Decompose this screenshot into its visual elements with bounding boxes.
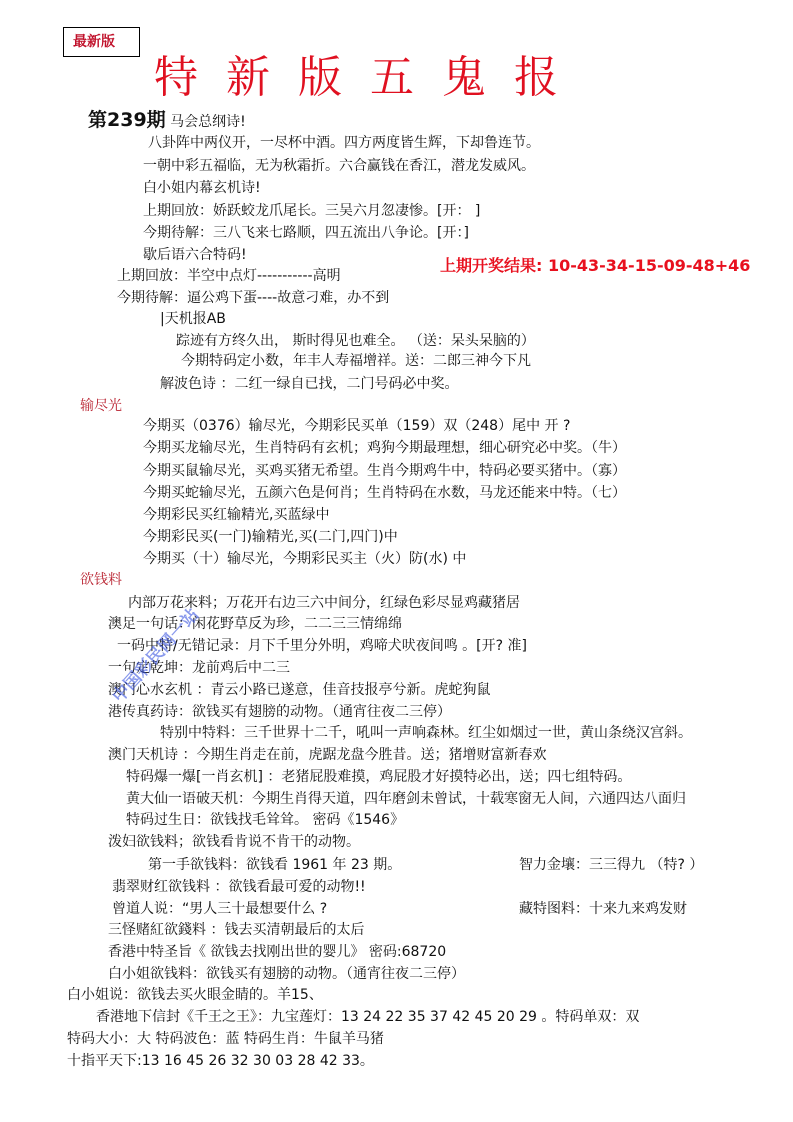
text-line: 澳门天机诗 ：今期生肖走在前，虎踞龙盘今胜昔。送；猪增财富新春欢 [108, 745, 546, 765]
text-line: 特别中特料：三千世界十二千，吼叫一声响森林。红尘如烟过一世，黄山条绕汉宫斜。 [160, 723, 692, 743]
issue-header: 第239期 马会总纲诗! [88, 110, 246, 132]
text-line: 翡翠财红欲钱料 ：欲钱看最可爱的动物!! [112, 877, 366, 897]
text-line: 香港地下信封《千王之王》：九宝莲灯：13 24 22 35 37 42 45 2… [96, 1007, 639, 1027]
section-heading: 输尽光 [80, 396, 122, 416]
text-line: 一码中特/无错记录：月下千里分外明，鸡啼犬吠夜间鸣 。[开? 准] [117, 636, 527, 656]
text-line: 港传真药诗：欲钱买有翅膀的动物。（通宵往夜二三停） [108, 702, 451, 722]
text-line: 今期特码定小数，年丰人寿福增祥。送：二郎三神今下凡 [181, 351, 531, 371]
text-line: 今期彩民买(一门)输精光,买(二门,四门)中 [143, 527, 398, 547]
page-title: 特新版五鬼报 [154, 50, 586, 106]
text-line: 踪迹有方终久出， 斯时得见也难全。 （送：呆头呆脑的） [176, 331, 535, 351]
text-line: 十指平天下:13 16 45 26 32 30 03 28 42 33。 [67, 1051, 374, 1071]
text-line: 上期回放：半空中点灯-----------高明 [117, 266, 341, 286]
text-line: 上期回放：娇跃蛟龙爪尾长。三吴六月忽凄惨。[开： ] [143, 201, 480, 221]
text-line: 今期买龙输尽光，生肖特码有玄机；鸡狗今期最理想，细心研究必中奖。（牛） [143, 438, 626, 458]
text-line: 特码过生日：欲钱找毛耸耸。 密码《1546》 [126, 810, 404, 830]
text-line: 智力金壤：三三得九 （特? ） [519, 855, 703, 875]
issue-subtitle: 马会总纲诗! [170, 114, 246, 130]
text-line: 今期买（十）输尽光，今期彩民买主（火）防(水) 中 [143, 549, 466, 569]
text-line: 曾道人说：“男人三十最想要什么 ? [112, 899, 327, 919]
text-line: 三怪赌紅欲錢料 ：钱去买清朝最后的太后 [108, 920, 364, 940]
text-line: 今期待解：三八飞来七路顺，四五流出八争论。[开：] [143, 223, 469, 243]
text-line: 内部万花来料；万花开右边三六中间分，红绿色彩尽显鸡藏猪居 [128, 593, 520, 613]
text-line: 第一手欲钱料：欲钱看 1961 年 23 期。 [148, 855, 401, 875]
text-line: 今期买（0376）输尽光，今期彩民买单（159）双（248）尾中 开 ? [143, 416, 570, 436]
text-line: 澳足一句话：闲花野草反为珍，二二三三情绵绵 [108, 614, 402, 634]
text-line: 香港中特圣旨《 欲钱去找刚出世的婴儿》 密码:68720 [108, 942, 446, 962]
text-line: 澳门心水玄机 ：青云小路已遂意，佳音技报亭兮新。虎蛇狗鼠 [108, 680, 490, 700]
text-line: 特码爆一爆[一肖玄机] ：老猪屁股难摸，鸡屁股才好摸特必出，送；四七组特码。 [126, 767, 631, 787]
edition-badge: 最新版 [63, 27, 140, 57]
text-line: 今期买蛇输尽光，五颜六色是何肖；生肖特码在水数，马龙还能来中特。（七） [143, 483, 626, 503]
text-line: 今期彩民买红输精光,买蓝绿中 [143, 505, 329, 525]
text-line: 藏特图料：十来九来鸡发财 [519, 899, 687, 919]
section-heading: 欲钱料 [80, 570, 122, 590]
issue-number: 第239期 [88, 109, 166, 131]
text-line: 八卦阵中两仪开，一尽杯中酒。四方两度皆生辉，下却鲁连节。 [148, 133, 540, 153]
text-line: 一句定乾坤：龙前鸡后中二三 [108, 658, 290, 678]
text-line: |天机报AB [160, 309, 226, 329]
text-line: 今期买鼠输尽光，买鸡买猪无希望。生肖今期鸡牛中，特码必要买猪中。（寡） [143, 461, 626, 481]
text-line: 白小姐说：欲钱去买火眼金睛的。羊15、 [67, 985, 323, 1005]
text-line: 白小姐欲钱料：欲钱买有翅膀的动物。（通宵往夜二三停） [108, 964, 465, 984]
text-line: 今期待解：逼公鸡下蛋----故意刁难，办不到 [117, 288, 389, 308]
text-line: 白小姐内幕玄机诗! [143, 178, 261, 198]
text-line: 泼妇欲钱料；欲钱看肯说不肯干的动物。 [108, 832, 360, 852]
last-draw-result: 上期开奖结果: 10-43-34-15-09-48+46 [440, 256, 750, 276]
text-line: 解波色诗 ：二红一绿自已找，二门号码必中奖。 [160, 374, 458, 394]
text-line: 一朝中彩五福临，无为秋霜折。六合赢钱在香江，潜龙发威风。 [143, 156, 535, 176]
text-line: 特码大小：大 特码波色：蓝 特码生肖：牛鼠羊马猪 [67, 1029, 384, 1049]
text-line: 歇后语六合特码! [143, 245, 247, 265]
text-line: 黄大仙一语破天机：今期生肖得天道，四年磨剑未曾试，十载寒窗无人间，六通四达八面归 [126, 789, 686, 809]
